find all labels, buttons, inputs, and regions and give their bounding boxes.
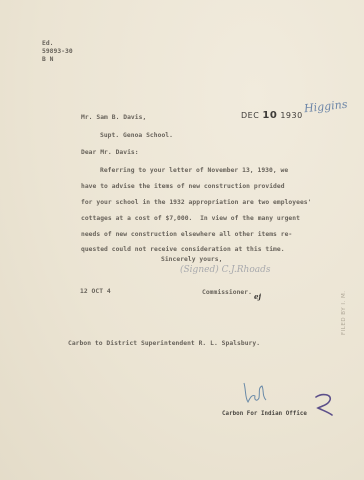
date-month: DEC <box>241 111 259 120</box>
body-line: cottages at a cost of $7,000. In view of… <box>81 215 300 222</box>
recipient-name: Mr. Sam B. Davis, <box>81 114 146 121</box>
signature: (Signed) C.J.Rhoads <box>180 265 271 275</box>
body-line: for your school in the 1932 appropriatio… <box>81 199 311 206</box>
date-stamp: DEC 10 1930 <box>241 110 303 121</box>
document-page <box>0 0 364 480</box>
filed-stamp: FILED BY I. M. <box>341 290 347 335</box>
typist-code: 12 OCT 4 <box>80 288 111 295</box>
body-line: have to advise the items of new construc… <box>81 183 285 190</box>
initials-mark-icon <box>240 380 270 406</box>
date-year: 1930 <box>280 111 302 120</box>
date-day: 10 <box>262 110 277 121</box>
ref-line-3: B N <box>42 56 54 63</box>
page-mark-icon <box>312 392 338 416</box>
body-line: needs of new construction elsewhere all … <box>81 231 292 238</box>
recipient-title: Supt. Genoa School. <box>100 132 173 139</box>
body-line: quested could not receive consideration … <box>81 246 285 253</box>
carbon-note: Carbon to District Superintendent R. L. … <box>68 340 260 347</box>
signer-title: Commissioner. <box>202 289 252 296</box>
initials-stamp: ej <box>254 292 261 301</box>
body-line: Referring to your letter of November 13,… <box>100 167 288 174</box>
ref-line-1: Ed. <box>42 40 54 47</box>
closing: Sincerely yours, <box>161 256 222 263</box>
ref-line-2: 59893-30 <box>42 48 73 55</box>
footer-note: Carbon For Indian Office <box>222 411 307 417</box>
salutation: Dear Mr. Davis: <box>81 149 139 156</box>
